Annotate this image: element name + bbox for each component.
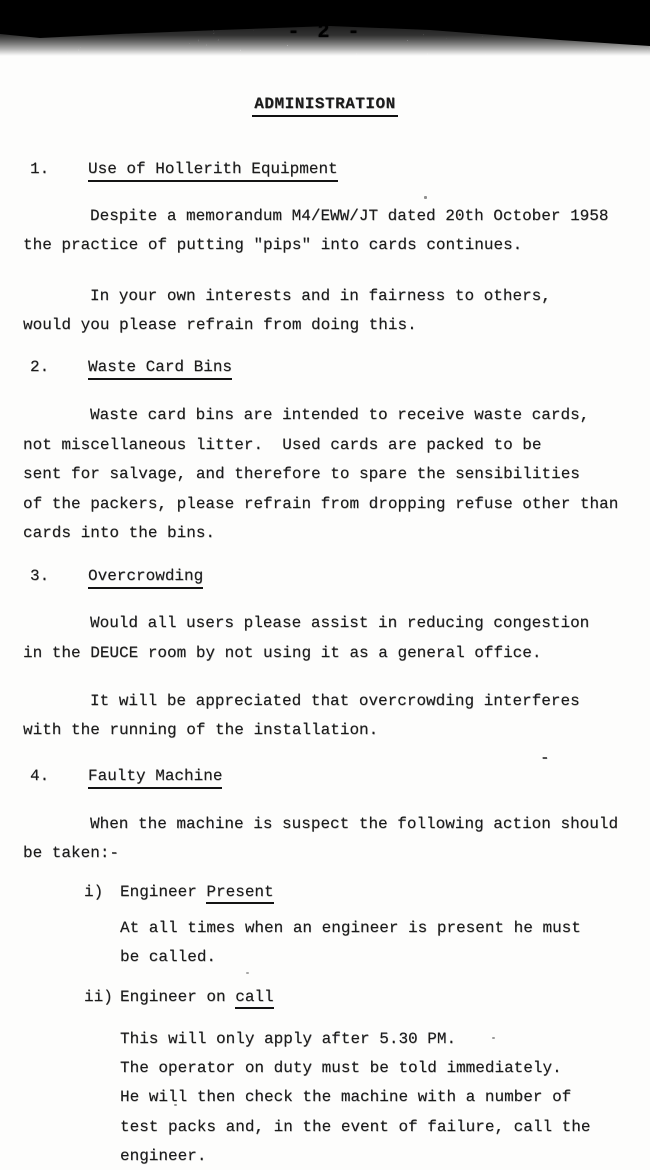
section-heading: Faulty Machine <box>88 766 222 789</box>
text-line: not miscellaneous litter. Used cards are… <box>23 435 541 455</box>
text-line: sent for salvage, and therefore to spare… <box>23 464 580 484</box>
text-line: would you please refrain from doing this… <box>23 315 417 335</box>
sub-item-heading-underlined: call <box>235 988 273 1009</box>
text-line: of the packers, please refrain from drop… <box>23 494 618 514</box>
text-line: In your own interests and in fairness to… <box>90 286 551 306</box>
text-line: engineer. <box>120 1146 206 1166</box>
text-line: cards into the bins. <box>23 523 215 543</box>
text-line: be taken:- <box>23 843 119 863</box>
text-line: Despite a memorandum M4/EWW/JT dated 20t… <box>90 206 608 226</box>
section-number: 1. <box>30 159 49 179</box>
text-line: He will then check the machine with a nu… <box>120 1087 571 1107</box>
sub-item-heading: Engineer on call <box>120 987 274 1007</box>
text-line: test packs and, in the event of failure,… <box>120 1117 590 1137</box>
text-line: be called. <box>120 947 216 967</box>
text-line: This will only apply after 5.30 PM. <box>120 1029 456 1049</box>
text-line: the practice of putting "pips" into card… <box>23 235 522 255</box>
text-line: Would all users please assist in reducin… <box>90 613 589 633</box>
sub-item-heading-underlined: Present <box>206 883 273 904</box>
scan-speck <box>174 1104 177 1106</box>
section-heading: Use of Hollerith Equipment <box>88 159 338 182</box>
section-number: 4. <box>30 766 49 786</box>
text-line: It will be appreciated that overcrowding… <box>90 691 580 711</box>
text-line: The operator on duty must be told immedi… <box>120 1058 562 1078</box>
sub-item-heading-plain: Engineer <box>120 883 206 901</box>
text-line: with the running of the installation. <box>23 720 378 740</box>
document-title: ADMINISTRATION <box>0 95 650 113</box>
sub-item-heading-plain: Engineer on <box>120 988 235 1006</box>
stray-mark: - <box>540 748 550 768</box>
text-line: When the machine is suspect the followin… <box>90 814 618 834</box>
scan-speck <box>424 196 427 199</box>
section-number: 2. <box>30 357 49 377</box>
scan-speck <box>492 1037 495 1039</box>
scan-speck <box>246 972 249 974</box>
text-line: in the DEUCE room by not using it as a g… <box>23 643 541 663</box>
section-heading: Waste Card Bins <box>88 357 232 380</box>
sub-item-label: ii) <box>84 987 113 1007</box>
sub-item-label: i) <box>84 882 103 902</box>
section-number: 3. <box>30 566 49 586</box>
sub-item-heading: Engineer Present <box>120 882 274 902</box>
document-title-text: ADMINISTRATION <box>252 95 397 117</box>
scanned-document-page: - 2 - ADMINISTRATION 1. Use of Hollerith… <box>0 0 650 1170</box>
page-number: - 2 - <box>0 21 650 44</box>
section-heading: Overcrowding <box>88 566 203 589</box>
text-line: Waste card bins are intended to receive … <box>90 405 589 425</box>
text-line: At all times when an engineer is present… <box>120 918 581 938</box>
